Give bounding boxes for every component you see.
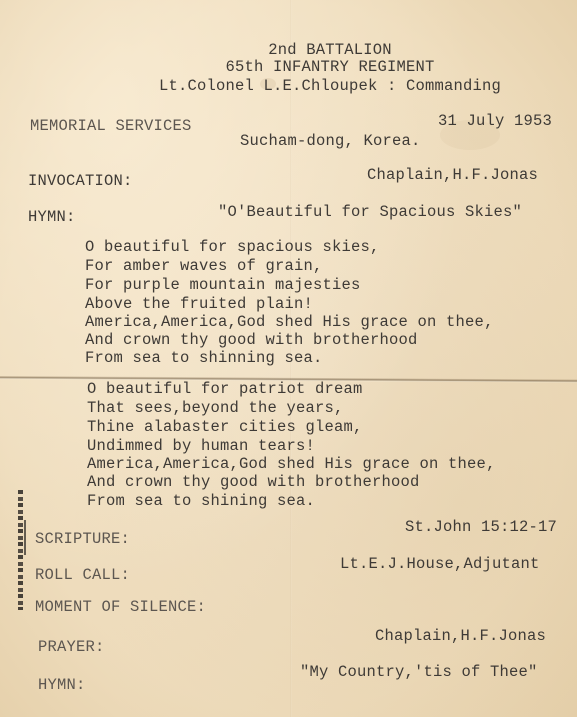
lyric-line: And crown thy good with brotherhood xyxy=(87,473,420,492)
service-date: 31 July 1953 xyxy=(438,112,552,130)
hymn-label: HYMN: xyxy=(28,208,76,226)
regiment-heading: 65th INFANTRY REGIMENT xyxy=(0,58,577,76)
lyric-line: O beautiful for patriot dream xyxy=(87,380,363,399)
closing-hymn-label: HYMN: xyxy=(38,676,86,694)
lyric-line: And crown thy good with brotherhood xyxy=(85,331,418,350)
invocation-label: INVOCATION: xyxy=(28,172,133,190)
invocation-officiant: Chaplain,H.F.Jonas xyxy=(367,166,538,184)
torn-edge-mark xyxy=(18,490,23,610)
lyric-line: Thine alabaster cities gleam, xyxy=(87,418,363,437)
roll-call-label: ROLL CALL: xyxy=(35,566,130,584)
lyric-line: America,America,God shed His grace on th… xyxy=(87,455,496,474)
moment-of-silence-label: MOMENT OF SILENCE: xyxy=(35,598,206,616)
lyric-line: From sea to shining sea. xyxy=(87,492,315,511)
scripture-label: SCRIPTURE: xyxy=(35,530,130,548)
prayer-label: PRAYER: xyxy=(38,638,105,656)
commander-line: Lt.Colonel L.E.Chloupek : Commanding xyxy=(0,77,577,95)
lyric-line: From sea to shinning sea. xyxy=(85,349,323,368)
prayer-officiant: Chaplain,H.F.Jonas xyxy=(375,627,546,645)
scripture-reference: St.John 15:12-17 xyxy=(405,518,557,536)
battalion-heading: 2nd BATTALION xyxy=(0,41,577,59)
torn-edge-mark xyxy=(24,520,26,555)
lyric-line: O beautiful for spacious skies, xyxy=(85,238,380,257)
lyric-line: Above the fruited plain! xyxy=(85,295,313,314)
lyric-line: That sees,beyond the years, xyxy=(87,399,344,418)
lyric-line: Undimmed by human tears! xyxy=(87,437,315,456)
lyric-line: America,America,God shed His grace on th… xyxy=(85,313,494,332)
service-title: MEMORIAL SERVICES xyxy=(30,117,192,135)
roll-call-officer: Lt.E.J.House,Adjutant xyxy=(340,555,540,573)
lyric-line: For amber waves of grain, xyxy=(85,257,323,276)
memorial-program-sheet: 2nd BATTALION 65th INFANTRY REGIMENT Lt.… xyxy=(0,0,577,717)
lyric-line: For purple mountain majesties xyxy=(85,276,361,295)
hymn-title: "O'Beautiful for Spacious Skies" xyxy=(218,203,522,221)
closing-hymn-title: "My Country,'tis of Thee" xyxy=(300,663,538,681)
service-location: Sucham-dong, Korea. xyxy=(240,132,421,150)
